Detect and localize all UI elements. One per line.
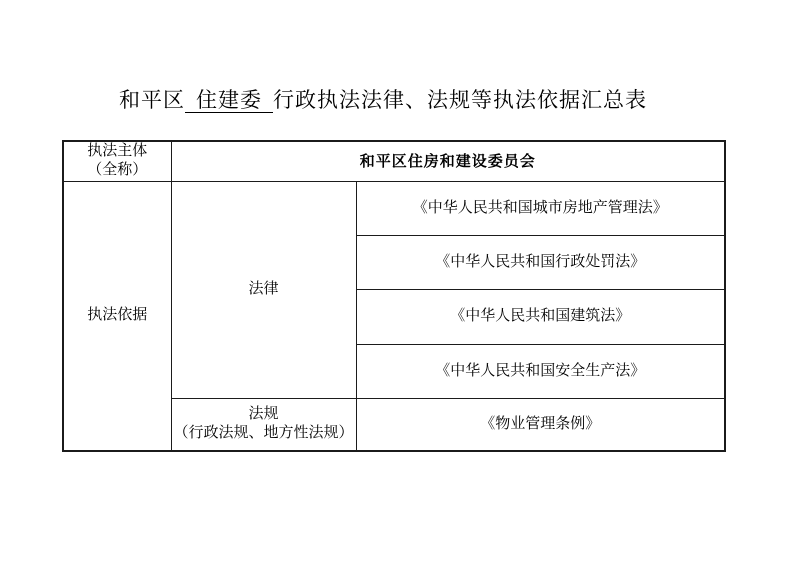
title-suffix: 行政执法法律、法规等执法依据汇总表 xyxy=(273,88,647,112)
subject-label-line2: （全称） xyxy=(64,161,171,180)
table-row-subject: 执法主体 （全称） 和平区住房和建设委员会 xyxy=(63,141,725,181)
document-page: 和平区住建委行政执法法律、法规等执法依据汇总表 执法主体 （全称） 和平区住房和… xyxy=(0,0,800,566)
page-title: 和平区住建委行政执法法律、法规等执法依据汇总表 xyxy=(0,84,783,114)
basis-label-cell: 执法依据 xyxy=(63,181,171,451)
regulation-item-1: 《物业管理条例》 xyxy=(356,398,725,451)
category-regulation-cell: 法规 （行政法规、地方性法规） xyxy=(171,398,356,451)
category-law-cell: 法律 xyxy=(171,181,356,398)
table-row-law-1: 执法依据 法律 《中华人民共和国城市房地产管理法》 xyxy=(63,181,725,235)
law-item-4: 《中华人民共和国安全生产法》 xyxy=(356,344,725,398)
law-item-2: 《中华人民共和国行政处罚法》 xyxy=(356,235,725,289)
subject-label-line1: 执法主体 xyxy=(64,142,171,161)
law-item-3: 《中华人民共和国建筑法》 xyxy=(356,289,725,344)
title-prefix: 和平区 xyxy=(119,88,185,112)
enforcement-basis-table: 执法主体 （全称） 和平区住房和建设委员会 执法依据 法律 《中华人民共和国城市… xyxy=(62,140,726,452)
regulation-label-line2: （行政法规、地方性法规） xyxy=(172,424,356,443)
title-underlined-department: 住建委 xyxy=(185,89,273,113)
law-item-1: 《中华人民共和国城市房地产管理法》 xyxy=(356,181,725,235)
regulation-label-line1: 法规 xyxy=(172,405,356,424)
subject-value-cell: 和平区住房和建设委员会 xyxy=(171,141,725,181)
subject-label-cell: 执法主体 （全称） xyxy=(63,141,171,181)
